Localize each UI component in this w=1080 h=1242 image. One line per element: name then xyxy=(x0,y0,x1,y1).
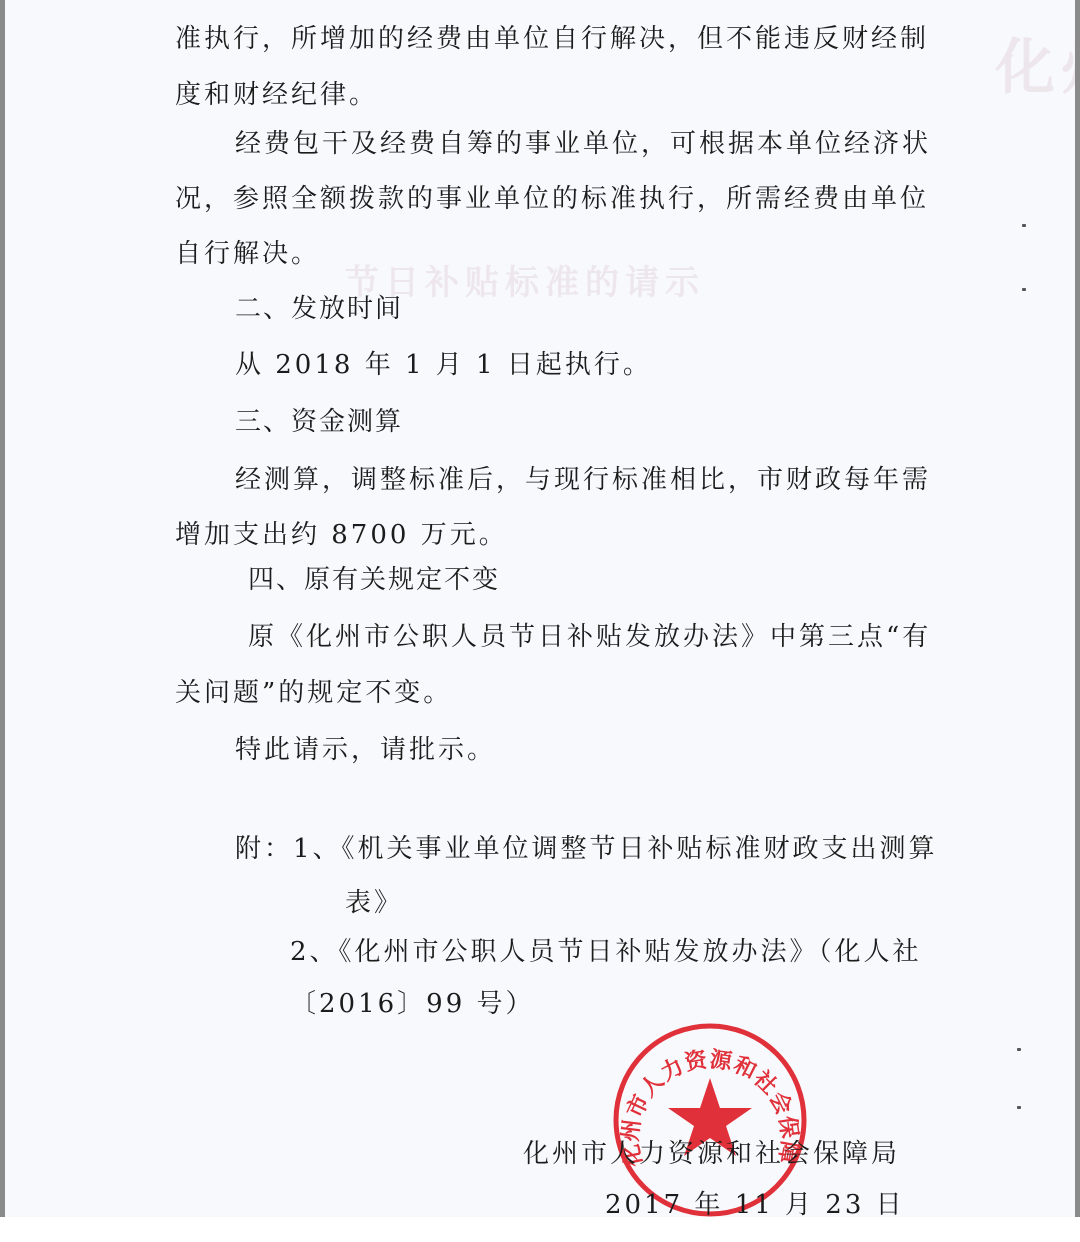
paragraph-line: 准执行，所增加的经费由单位自行解决，但不能违反财经制 xyxy=(175,22,929,56)
paragraph-line: 自行解决。 xyxy=(175,237,320,271)
signature-date: 2017 年 11 月 23 日 xyxy=(605,1188,905,1217)
scan-speck xyxy=(1022,224,1026,227)
section-body-fund-estimate: 增加支出约 8700 万元。 xyxy=(175,518,508,552)
bleed-through-title: 化州市人力资源和社会保障局 xyxy=(995,20,1075,106)
attachment-2: 2、《化州市公职人员节日补贴发放办法》（化人社 xyxy=(290,935,922,969)
attachment-1-cont: 表》 xyxy=(345,886,403,920)
closing-request: 特此请示，请批示。 xyxy=(235,733,496,767)
section-body-regulations: 原《化州市公职人员节日补贴发放办法》中第三点“有 xyxy=(248,620,931,654)
section-body-fund-estimate: 经测算，调整标准后，与现行标准相比，市财政每年需 xyxy=(235,463,931,497)
paragraph-line: 况，参照全额拨款的事业单位的标准执行，所需经费由单位 xyxy=(175,182,929,216)
section-heading-issue-time: 二、发放时间 xyxy=(235,292,403,326)
paragraph-line: 经费包干及经费自筹的事业单位，可根据本单位经济状 xyxy=(235,127,931,161)
scan-speck xyxy=(1017,1048,1021,1051)
attachment-2-cont: 〔2016〕99 号） xyxy=(290,987,535,1021)
scan-speck xyxy=(1022,288,1026,291)
section-body-issue-time: 从 2018 年 1 月 1 日起执行。 xyxy=(235,348,652,382)
section-heading-regulations-unchanged: 四、原有关规定不变 xyxy=(248,563,500,597)
section-body-regulations: 关问题”的规定不变。 xyxy=(175,676,452,710)
attachment-1: 附：1、《机关事业单位调整节日补贴标准财政支出测算 xyxy=(235,832,938,866)
section-heading-fund-estimate: 三、资金测算 xyxy=(235,405,403,439)
signature-organization: 化州市人力资源和社会保障局 xyxy=(523,1137,900,1171)
scan-border-right xyxy=(1075,0,1080,1217)
paragraph-line: 度和财经纪律。 xyxy=(175,78,378,112)
scan-speck xyxy=(1017,1106,1021,1109)
scanned-page: 化州市人力资源和社会保障局 节日补贴标准的请示 准执行，所增加的经费由单位自行解… xyxy=(5,0,1075,1217)
